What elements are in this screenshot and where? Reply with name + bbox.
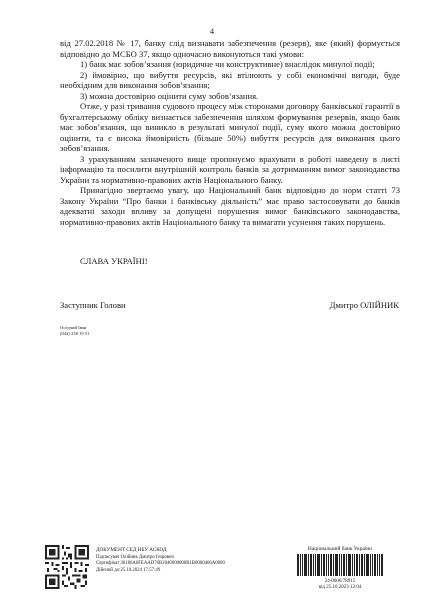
qr-code-icon (45, 545, 89, 589)
registration-date: від 25.10.2023 12:04 (290, 585, 390, 591)
e-document-certificate: Сертифікат 36186A0FEAAD76B2040000008B1B0… (96, 561, 225, 567)
paragraph: 1) банк має зобов’язання (юридичне чи ко… (60, 59, 400, 70)
paragraph: Принагідно звертаємо увагу, що Національ… (60, 185, 400, 227)
e-document-stamp: ДОКУМЕНТ СЕД НБУ АСКОД Підписувач Олійни… (96, 547, 225, 574)
executor-name: Оседчий Іван (60, 325, 89, 331)
executor-phone: (044) 230 19 51 (60, 331, 89, 337)
signatory-position: Заступник Голови (60, 300, 126, 310)
signatory-name: Дмитро ОЛІЙНИК (330, 300, 399, 310)
paragraph: 3) можна достовірно оцінити суму зобов’я… (60, 91, 400, 102)
paragraph: від 27.02.2018 № 17, банку слід визнават… (60, 38, 400, 59)
paragraph: Отже, у разі тривання судового процесу м… (60, 101, 400, 154)
paragraph: З урахуванням зазначеного вище пропонуєм… (60, 154, 400, 186)
page-number: 4 (0, 27, 424, 36)
registration-org: Національний банк України (290, 546, 390, 552)
executor-info: Оседчий Іван (044) 230 19 51 (60, 325, 89, 336)
paragraph: 2) ймовірно, що вибуття ресурсів, які вт… (60, 70, 400, 91)
e-document-title: ДОКУМЕНТ СЕД НБУ АСКОД (96, 547, 225, 553)
closing-phrase: СЛАВА УКРАЇНІ! (80, 256, 148, 266)
e-document-valid-until: Дійсний до:25.10.2024 17:57:49 (96, 568, 225, 574)
registration-stamp: Національний банк України 24-0006/78915 … (290, 546, 390, 591)
letter-body: від 27.02.2018 № 17, банку слід визнават… (60, 38, 400, 227)
barcode-icon (297, 554, 383, 576)
